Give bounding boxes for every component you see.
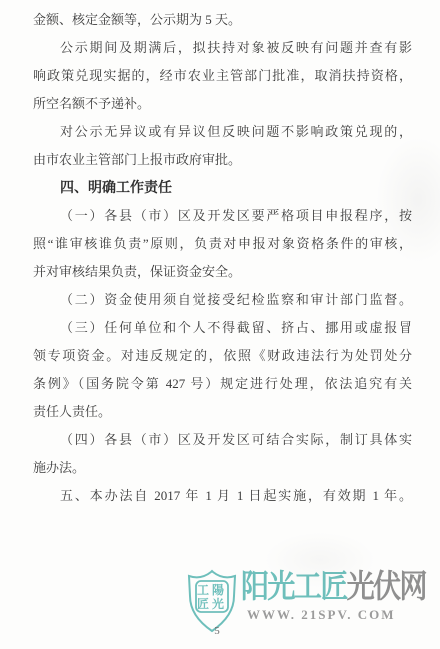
text-line: 责任人责任。 xyxy=(33,398,412,426)
text-line: 并对审核结果负责，保证资金安全。 xyxy=(33,258,412,286)
text-line: 响政策兑现实据的，经市农业主管部门批准，取消扶持资格， xyxy=(33,62,412,90)
watermark-title-rest: 光伏网 xyxy=(347,567,426,605)
document-page: 金额、核定金额等，公示期为 5 天。公示期间及期满后，拟扶持对象被反映有问题并查… xyxy=(0,0,440,649)
text-line: （三）任何单位和个人不得截留、挤占、挪用或虚报冒 xyxy=(33,314,412,342)
text-line: 五、本办法自 2017 年 1 月 1 日起实施，有效期 1 年。 xyxy=(33,482,412,510)
page-number: 5 xyxy=(204,625,230,637)
document-body: 金额、核定金额等，公示期为 5 天。公示期间及期满后，拟扶持对象被反映有问题并查… xyxy=(33,6,412,510)
text-line: 公示期间及期满后，拟扶持对象被反映有问题并查有影 xyxy=(33,34,412,62)
text-line: 照“谁审核谁负责”原则，负责对申报对象资格条件的审核， xyxy=(33,230,412,258)
section-heading: 四、明确工作责任 xyxy=(33,174,412,202)
text-line: 领专项资金。对违反规定的，依照《财政违法行为处罚处分 xyxy=(33,342,412,370)
text-line: 施办法。 xyxy=(33,454,412,482)
text-line: （二）资金使用须自觉接受纪检监察和审计部门监督。 xyxy=(33,286,412,314)
watermark-title-highlight: 阳光工匠 xyxy=(241,567,347,605)
watermark-url: WWW. 21SPV. COM xyxy=(247,607,395,623)
text-line: 对公示无异议或有异议但反映问题不影响政策兑现的， xyxy=(33,118,412,146)
text-line: （四）各县（市）区及开发区可结合实际，制订具体实 xyxy=(33,426,412,454)
text-line: 由市农业主管部门上报市政府审批。 xyxy=(33,146,412,174)
text-line: 条例》（国务院令第 427 号）规定进行处理，依法追究有关 xyxy=(33,370,412,398)
shield-text-row2: 匠光 xyxy=(197,596,227,611)
text-line: 金额、核定金额等，公示期为 5 天。 xyxy=(33,6,412,34)
text-line: （一）各县（市）区及开发区要严格项目申报程序，按 xyxy=(33,202,412,230)
shield-text-row1: 工陽 xyxy=(197,582,227,597)
text-line: 所空名额不予递补。 xyxy=(33,90,412,118)
watermark-title: 阳光工匠光伏网 xyxy=(241,568,426,604)
